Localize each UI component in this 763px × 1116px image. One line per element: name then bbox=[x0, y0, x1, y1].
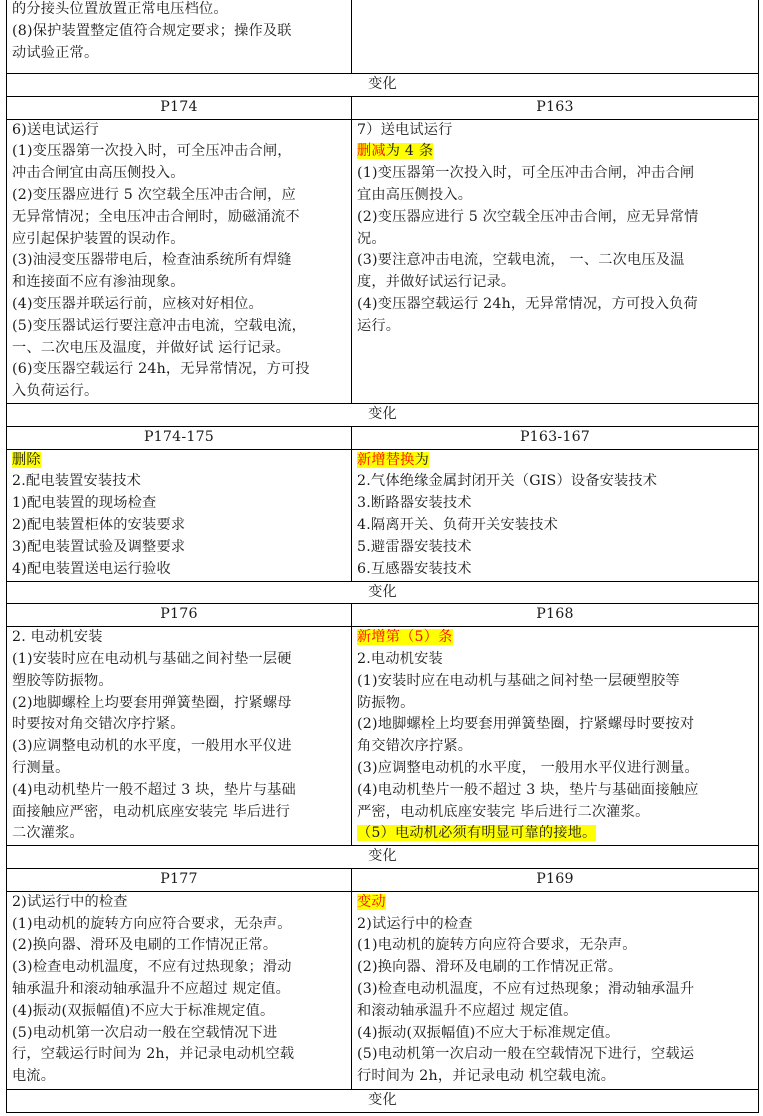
old-content-cell: 2)试运行中的检查 (1)电动机的旋转方向应符合要求，无杂声。 (2)换向器、滑… bbox=[7, 891, 352, 1089]
text-line: (4)变压器空载运行 24h，无异常情况，方可投入负荷 bbox=[357, 294, 753, 316]
text-line: (5)电动机第一次启动一般在空载情况下进行，空载运 bbox=[357, 1044, 753, 1066]
change-tag: 变动 bbox=[357, 892, 753, 914]
text-line: 电流。 bbox=[12, 1066, 346, 1088]
change-header: 变化 bbox=[7, 1089, 759, 1112]
tag-black-text: 删除 bbox=[12, 452, 41, 468]
text-line: 2. 电动机安装 bbox=[12, 627, 346, 649]
text-line: 时要按对角交错次序拧紧。 bbox=[12, 714, 346, 736]
change-header: 变化 bbox=[7, 846, 759, 869]
text-line: 二次灌浆。 bbox=[12, 823, 346, 845]
text-line: 入负荷运行。 bbox=[12, 381, 346, 403]
new-page-ref: P163 bbox=[352, 96, 759, 119]
change-header: 变化 bbox=[7, 74, 759, 97]
old-content-cell: 删除 2.配电装置安装技术 1)配电装置的现场检查 2)配电装置柜体的安装要求 … bbox=[7, 449, 352, 581]
old-content-cell: 2. 电动机安装 (1)安装时应在电动机与基础之间衬垫一层硬 塑胶等防振物。 (… bbox=[7, 627, 352, 846]
text-line: 2.气体绝缘金属封闭开关（GIS）设备安装技术 bbox=[357, 471, 753, 493]
old-page-ref: P174 bbox=[7, 96, 352, 119]
text-line: 行测量。 bbox=[12, 758, 346, 780]
text-line: 冲击合闸宜由高压侧投入。 bbox=[12, 163, 346, 185]
text-line: (1)电动机的旋转方向应符合要求，无杂声。 bbox=[12, 914, 346, 936]
tag-black-text: 为 4 条 bbox=[386, 143, 433, 159]
text-line: 防振物。 bbox=[357, 693, 753, 715]
text-line: 况。 bbox=[357, 229, 753, 251]
text-line: 运行。 bbox=[357, 316, 753, 338]
text-line: (1)安装时应在电动机与基础之间衬垫一层硬塑胶等 bbox=[357, 671, 753, 693]
text-line: (1)电动机的旋转方向应符合要求，无杂声。 bbox=[357, 935, 753, 957]
text-line: (2)地脚螺栓上均要套用弹簧垫圈，拧紧螺母时要按对 bbox=[357, 714, 753, 736]
text-line: 角交错次序拧紧。 bbox=[357, 736, 753, 758]
new-content-cell: 变动 2)试运行中的检查 (1)电动机的旋转方向应符合要求，无杂声。 (2)换向… bbox=[352, 891, 759, 1089]
new-content-cell: 7）送电试运行 删减为 4 条 (1)变压器第一次投入时，可全压冲击合闸，冲击合… bbox=[352, 119, 759, 403]
text-line: (1)变压器第一次投入时，可全压冲击合闸，冲击合闸 bbox=[357, 163, 753, 185]
text-line: 4.隔离开关、负荷开关安装技术 bbox=[357, 515, 753, 537]
text-line: (2)变压器应进行 5 次空载全压冲击合闸，应无异常情 bbox=[357, 207, 753, 229]
text-line: (2)换向器、滑环及电刷的工作情况正常。 bbox=[357, 957, 753, 979]
text-line: (8)保护装置整定值符合规定要求；操作及联 bbox=[12, 21, 346, 43]
text-line: (4)变压器并联运行前，应核对好相位。 bbox=[12, 294, 346, 316]
added-line-text: （5）电动机必须有明显可靠的接地。 bbox=[357, 825, 596, 841]
text-line: (5)电动机第一次启动一般在空载情况下进 bbox=[12, 1023, 346, 1045]
change-tag: 新增第（5）条 bbox=[357, 627, 753, 649]
old-content-cell: 6)送电试运行 (1)变压器第一次投入时，可全压冲击合闸， 冲击合闸宜由高压侧投… bbox=[7, 119, 352, 403]
text-line: 轴承温升和滚动轴承温升不应超过 规定值。 bbox=[12, 979, 346, 1001]
new-content-cell: 新增第（5）条 2.电动机安装 (1)安装时应在电动机与基础之间衬垫一层硬塑胶等… bbox=[352, 627, 759, 846]
text-line: 度，并做好试运行记录。 bbox=[357, 272, 753, 294]
text-line: 1)配电装置的现场检查 bbox=[12, 493, 346, 515]
text-line: 的分接头位置放置正常电压档位。 bbox=[12, 0, 346, 21]
text-line: 无异常情况；全电压冲击合闸时，励磁涌流不 bbox=[12, 207, 346, 229]
text-line: 3.断路器安装技术 bbox=[357, 493, 753, 515]
old-page-ref: P177 bbox=[7, 868, 352, 891]
text-line: (1)安装时应在电动机与基础之间衬垫一层硬 bbox=[12, 649, 346, 671]
text-line: (3)检查电动机温度，不应有过热现象；滑动轴承温升 bbox=[357, 979, 753, 1001]
added-line: （5）电动机必须有明显可靠的接地。 bbox=[357, 823, 753, 845]
text-line: 严密，电动机底座安装完 毕后进行二次灌浆。 bbox=[357, 802, 753, 824]
text-line: (3)检查电动机温度，不应有过热现象；滑动 bbox=[12, 957, 346, 979]
text-line: 2.配电装置安装技术 bbox=[12, 471, 346, 493]
change-header: 变化 bbox=[7, 581, 759, 604]
text-line: 行时间为 2h，并记录电动 机空载电流。 bbox=[357, 1066, 753, 1088]
tag-red-text: 删减 bbox=[357, 143, 386, 159]
change-tag: 删除 bbox=[12, 450, 346, 472]
text-line: 塑胶等防振物。 bbox=[12, 671, 346, 693]
new-page-ref: P169 bbox=[352, 868, 759, 891]
text-line: 动试验正常。 bbox=[12, 43, 346, 65]
comparison-table: 的分接头位置放置正常电压档位。 (8)保护装置整定值符合规定要求；操作及联 动试… bbox=[6, 0, 759, 1113]
tag-red-text: 变动 bbox=[357, 894, 386, 910]
text-line: 一、二次电压及温度，并做好试 运行记录。 bbox=[12, 338, 346, 360]
new-page-ref: P168 bbox=[352, 604, 759, 627]
text-line: (4)振动(双振幅值)不应大于标准规定值。 bbox=[12, 1001, 346, 1023]
text-line: (1)变压器第一次投入时，可全压冲击合闸， bbox=[12, 141, 346, 163]
text-line: 宜由高压侧投入。 bbox=[357, 185, 753, 207]
text-line: 2.电动机安装 bbox=[357, 649, 753, 671]
text-line: (3)应调整电动机的水平度，一般用水平仪进 bbox=[12, 736, 346, 758]
text-line: 和连接面不应有渗油现象。 bbox=[12, 272, 346, 294]
change-tag: 删减为 4 条 bbox=[357, 141, 753, 163]
text-line: (3)要注意冲击电流，空载电流， 一、二次电压及温 bbox=[357, 250, 753, 272]
new-page-ref: P163-167 bbox=[352, 426, 759, 449]
new-content-cell: 新增替换为 2.气体绝缘金属封闭开关（GIS）设备安装技术 3.断路器安装技术 … bbox=[352, 449, 759, 581]
text-line: 4)配电装置送电运行验收 bbox=[12, 559, 346, 581]
text-line: (3)应调整电动机的水平度， 一般用水平仪进行测量。 bbox=[357, 758, 753, 780]
text-line: (2)地脚螺栓上均要套用弹簧垫圈，拧紧螺母 bbox=[12, 693, 346, 715]
text-line: (6)变压器空载运行 24h，无异常情况，方可投 bbox=[12, 359, 346, 381]
top-left-cell: 的分接头位置放置正常电压档位。 (8)保护装置整定值符合规定要求；操作及联 动试… bbox=[7, 0, 352, 74]
text-line: 5.避雷器安装技术 bbox=[357, 537, 753, 559]
tag-black-text: 为 bbox=[415, 452, 429, 468]
change-tag: 新增替换为 bbox=[357, 450, 753, 472]
tag-red-text: 新增第（5）条 bbox=[357, 629, 453, 645]
text-line: (2)换向器、滑环及电刷的工作情况正常。 bbox=[12, 935, 346, 957]
text-line: 2)配电装置柜体的安装要求 bbox=[12, 515, 346, 537]
text-line: 6.互感器安装技术 bbox=[357, 559, 753, 581]
text-line: (2)变压器应进行 5 次空载全压冲击合闸，应 bbox=[12, 185, 346, 207]
text-line: (5)变压器试运行要注意冲击电流，空载电流， bbox=[12, 316, 346, 338]
tag-red-text: 新增替换 bbox=[357, 452, 415, 468]
old-page-ref: P176 bbox=[7, 604, 352, 627]
top-row: 的分接头位置放置正常电压档位。 (8)保护装置整定值符合规定要求；操作及联 动试… bbox=[7, 0, 759, 74]
text-line: 3)配电装置试验及调整要求 bbox=[12, 537, 346, 559]
text-line: (4)电动机垫片一般不超过 3 块，垫片与基础 bbox=[12, 780, 346, 802]
text-line: 2)试运行中的检查 bbox=[12, 892, 346, 914]
text-line: 行，空载运行时间为 2h，并记录电动机空载 bbox=[12, 1044, 346, 1066]
old-page-ref: P174-175 bbox=[7, 426, 352, 449]
change-header: 变化 bbox=[7, 403, 759, 426]
text-line: 面接触应严密，电动机底座安装完 毕后进行 bbox=[12, 802, 346, 824]
text-line: 应引起保护装置的误动作。 bbox=[12, 229, 346, 251]
text-line: 6)送电试运行 bbox=[12, 120, 346, 142]
text-line: (3)油浸变压器带电后，检查油系统所有焊缝 bbox=[12, 250, 346, 272]
text-line: 2)试运行中的检查 bbox=[357, 914, 753, 936]
top-right-cell bbox=[352, 0, 759, 74]
text-line: (4)电动机垫片一般不超过 3 块，垫片与基础面接触应 bbox=[357, 780, 753, 802]
text-line: 7）送电试运行 bbox=[357, 120, 753, 142]
text-line: (4)振动(双振幅值)不应大于标准规定值。 bbox=[357, 1023, 753, 1045]
text-line: 和滚动轴承温升不应超过 规定值。 bbox=[357, 1001, 753, 1023]
